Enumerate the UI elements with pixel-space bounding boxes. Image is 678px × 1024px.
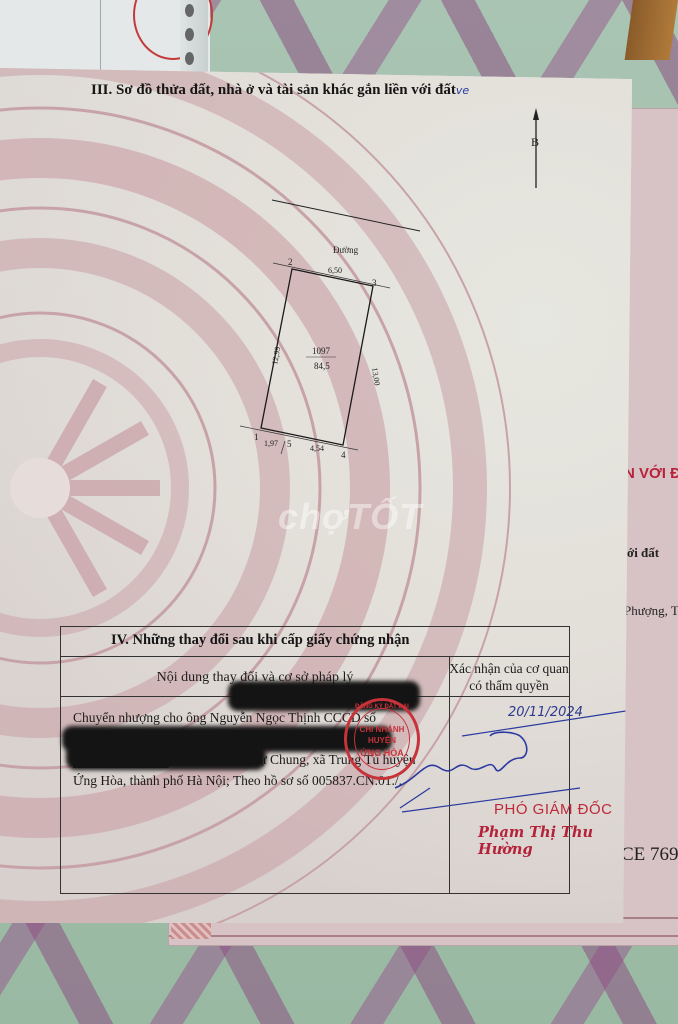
official-red-stamp: ĐĂNG KÝ ĐẤT ĐAI CHI NHÁNH HUYỆN ỨNG HÒA [344, 698, 420, 780]
edge-length: 12,99 [270, 346, 282, 365]
back-text-fragment: ới đất [627, 545, 659, 561]
back-text-fragment: Phượng, T [624, 603, 678, 619]
edge-length: 4,54 [310, 444, 324, 453]
parcel-number: 1097 [312, 346, 331, 356]
paper-fold [100, 0, 101, 82]
wooden-furniture-edge [625, 0, 678, 60]
vertex-label: 5 [287, 439, 292, 449]
vertex-label: 3 [372, 278, 377, 288]
vertex-label: 1 [254, 432, 259, 442]
confirmation-column-header: Xác nhận của cơ quan có thẩm quyền [449, 660, 569, 694]
north-label: B [531, 135, 539, 149]
redaction-mark [66, 744, 266, 770]
punch-hole [185, 28, 194, 41]
edge-length: 1,97 [264, 439, 278, 448]
back-heading-fragment: N VỚI Đ [624, 465, 678, 482]
section-4-title: IV. Những thay đổi sau khi cấp giấy chứn… [111, 632, 409, 649]
road-label: Đường [333, 245, 359, 255]
plastic-sleeve [180, 0, 208, 80]
edge-length: 13,00 [370, 367, 382, 386]
land-parcel-diagram: B Đường 2 3 4 1 5 6,50 13,00 4,54 1,97 1… [0, 68, 632, 688]
vertex-label: 4 [341, 450, 346, 460]
serial-number-fragment: CE 769 [621, 844, 678, 866]
parcel-area: 84,5 [314, 361, 330, 371]
road-boundary-line [272, 200, 420, 231]
signer-role: PHÓ GIÁM ĐỐC [494, 801, 613, 818]
punch-hole [185, 52, 194, 65]
edge-length: 6,50 [328, 266, 342, 275]
vertex-label: 2 [288, 257, 293, 267]
handwritten-date: 20/11/2024 [508, 705, 583, 720]
punch-hole [185, 4, 194, 17]
certificate-page: III. Sơ đồ thửa đất, nhà ở và tài sản kh… [0, 68, 632, 923]
watermark: chợTỐT [278, 496, 422, 538]
signer-name: Phạm Thị Thu Hường [478, 824, 632, 858]
